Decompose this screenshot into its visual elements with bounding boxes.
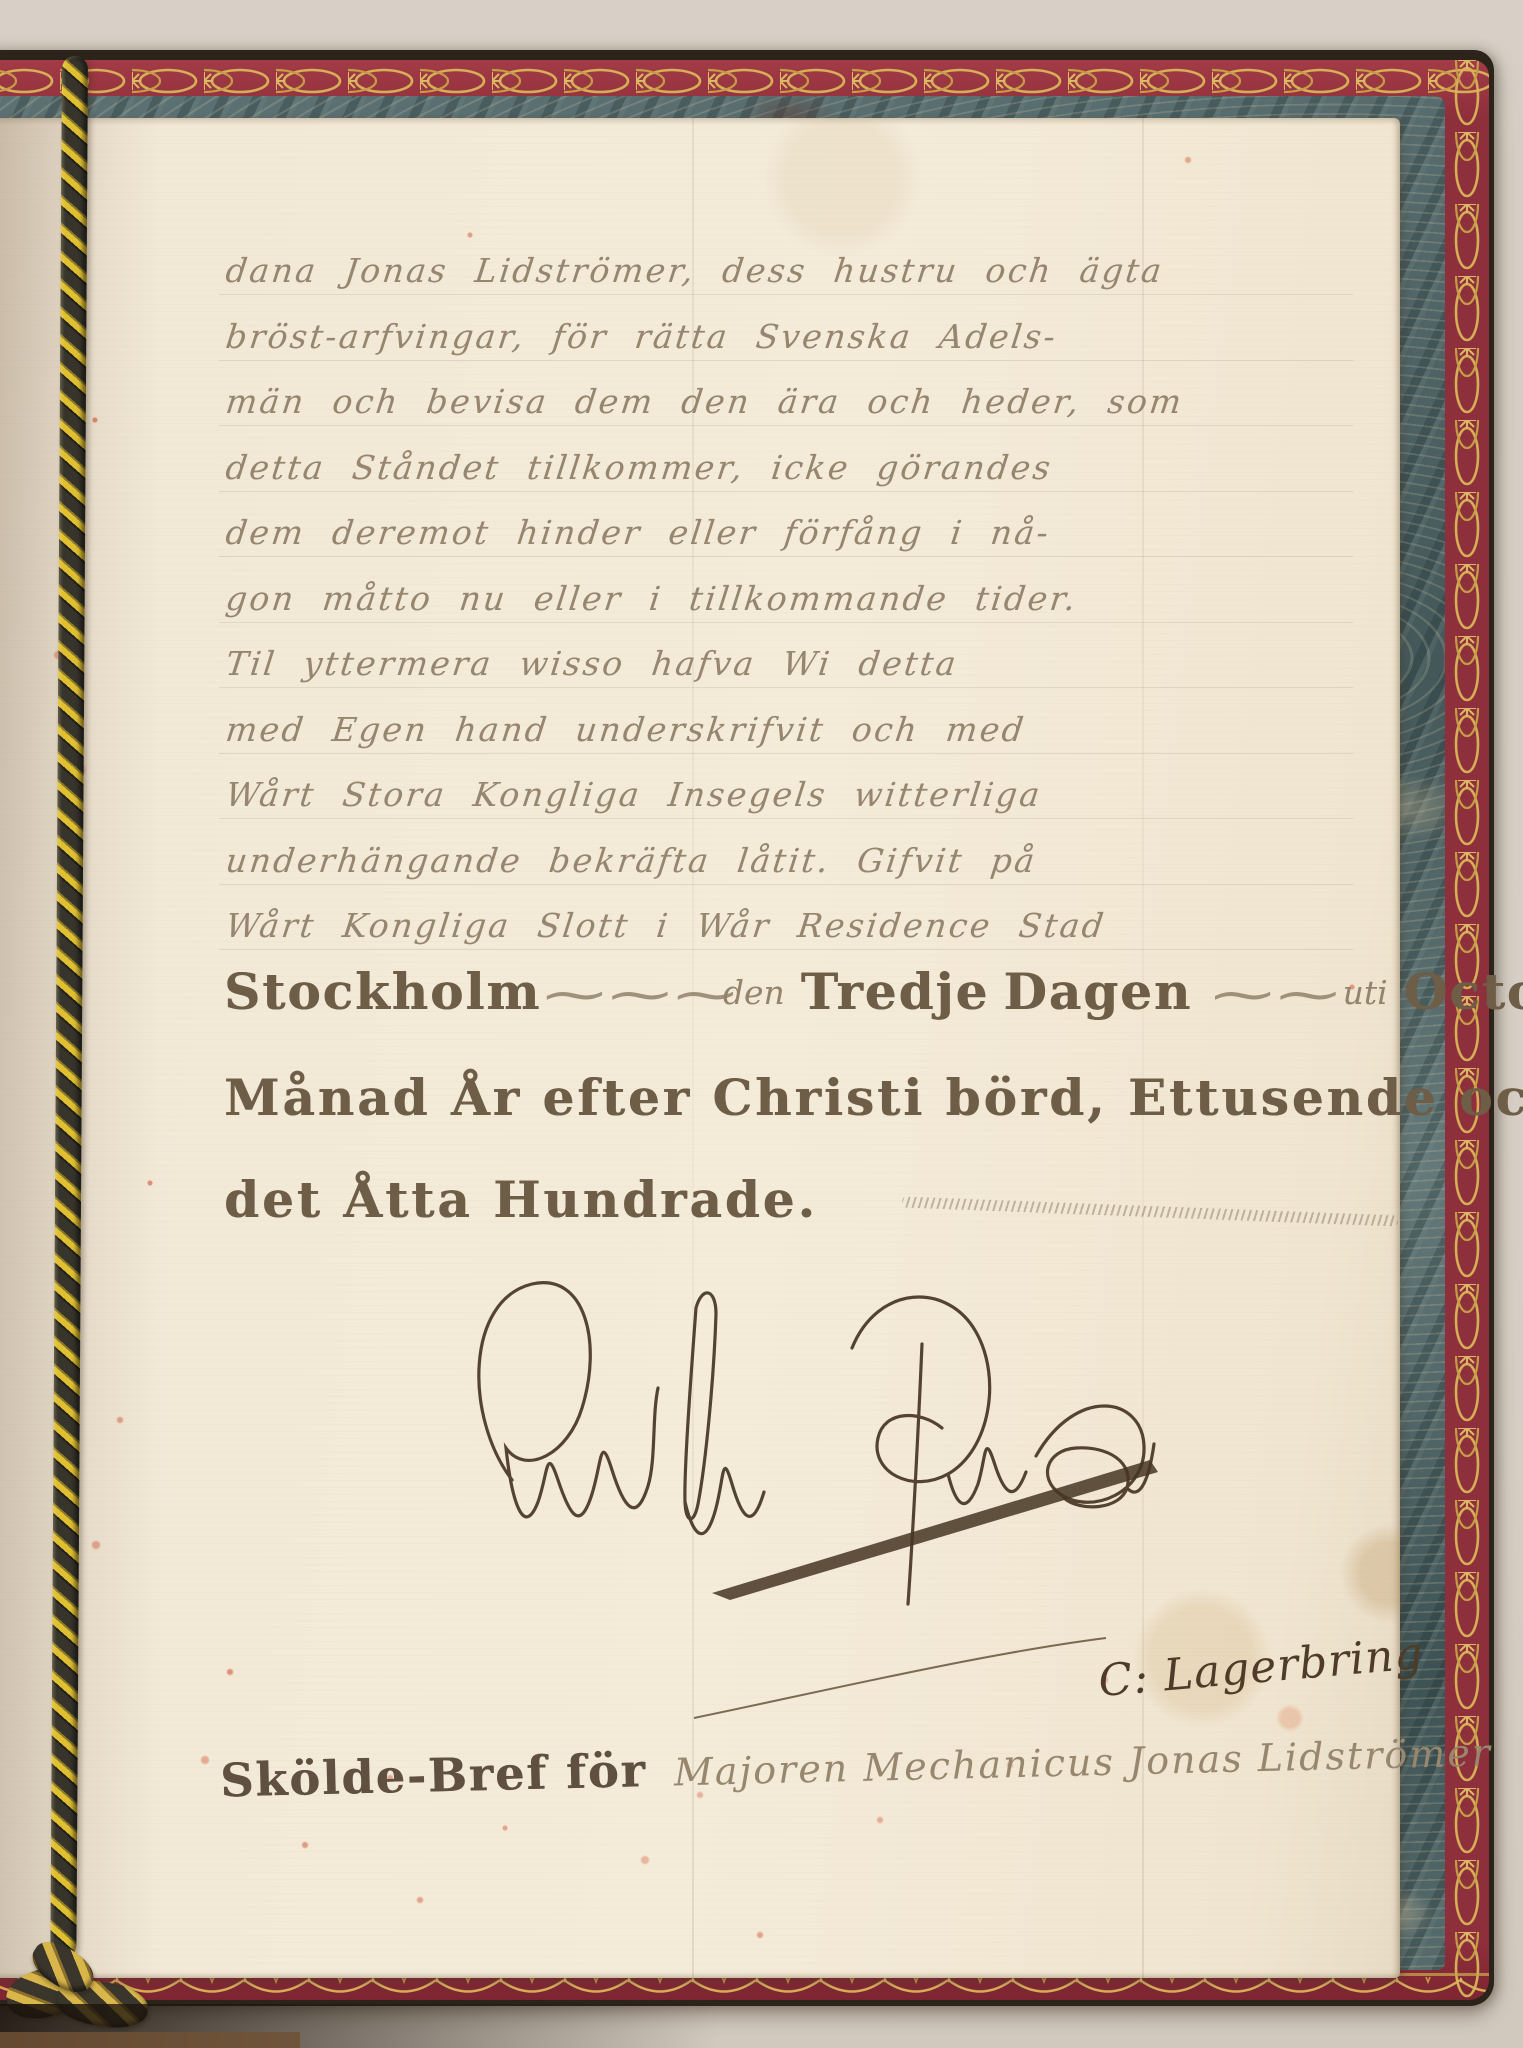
dateline-segment: October.: [1404, 962, 1523, 1021]
handwriting-line: dem deremot hinder eller förfång i nå-: [222, 500, 1420, 566]
dateline-year-text: Månad År efter Christi börd, Ettusende o…: [224, 1068, 1523, 1127]
handwriting-line: gon måtto nu eller i tillkommande tider.: [222, 566, 1420, 632]
dateline-place-and-day: Stockholm~~~denTredjeDagen~~utiOctober.: [224, 962, 1523, 1021]
dateline-segment: Dagen: [1003, 962, 1192, 1021]
handwriting-line: Wårt Stora Kongliga Insegels witterliga: [222, 762, 1420, 828]
gold-tooling-top: [0, 64, 1489, 98]
gold-tooling-right: [1447, 60, 1487, 2000]
dateline-segment: uti: [1343, 973, 1388, 1012]
handwriting-line: Wårt Kongliga Slott i Wår Residence Stad: [222, 893, 1420, 959]
dateline-year-end-text: det Åtta Hundrade.: [224, 1170, 818, 1229]
table-edge: [0, 2032, 300, 2048]
handwriting-line: Til yttermera wisso hafva Wi detta: [222, 631, 1420, 697]
dateline-segment: den: [723, 973, 785, 1012]
dateline-segment: Tredje: [801, 962, 990, 1021]
handwriting-line: med Egen hand underskrifvit och med: [222, 697, 1420, 763]
scanned-book-page: dana Jonas Lidströmer, dess hustru och ä…: [0, 0, 1523, 2048]
handwriting-line: dana Jonas Lidströmer, dess hustru och ä…: [222, 238, 1420, 304]
handwriting-line: män och bevisa dem den ära och heder, so…: [222, 369, 1420, 435]
dateline-segment: ~~~: [538, 966, 735, 1022]
countersignature-swash: [690, 1628, 1110, 1723]
dateline-year-end-line: det Åtta Hundrade.: [224, 1170, 818, 1229]
dateline-segment: ~~: [1206, 966, 1337, 1022]
dateline-year-line: Månad År efter Christi börd, Ettusende o…: [224, 1068, 1523, 1127]
royal-signature: [400, 1248, 1175, 1623]
handwriting-line: bröst-arfvingar, för rätta Svenska Adels…: [222, 304, 1420, 370]
dateline-segment: Stockholm: [224, 962, 541, 1021]
handwriting-line: detta Ståndet tillkommer, icke görandes: [222, 435, 1420, 501]
caption-title: Skölde-Bref för: [220, 1743, 648, 1807]
handwriting-line: underhängande bekräfta låtit. Gifvit på: [222, 828, 1420, 894]
handwritten-body-text: dana Jonas Lidströmer, dess hustru och ä…: [226, 238, 1416, 959]
